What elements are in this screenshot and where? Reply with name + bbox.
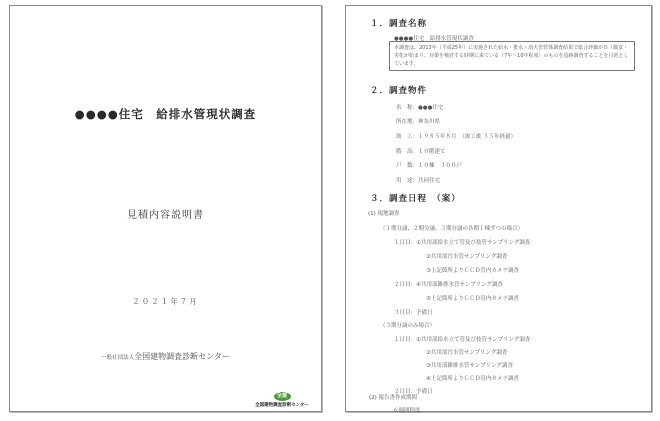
logo-text: 全国建物調査診断センター (242, 402, 322, 408)
schedule-row: ④上記箇所よりＣＣＤ管内カメラ調査 (426, 374, 519, 382)
case1-label: （１期分譲、２期分譲、３期分譲の各期１棟ずつの場合） (380, 224, 523, 232)
property-location: 所在地：神奈川県 (396, 117, 440, 125)
section2-heading: ２．調査物件 (370, 84, 427, 96)
cover-title: ●●●●住宅 給排水管現状調査 (10, 106, 321, 122)
case2-label: （３期分譲のみ場合） (380, 321, 435, 329)
schedule-row: ⑤上記箇所よりＣＣＤ管内カメラ調査 (426, 294, 519, 302)
organization-logo: 全建 全国建物調査診断センター (242, 382, 322, 408)
schedule-row: ②共用部汚水管サンプリング調査 (426, 252, 507, 260)
survey-note-box: 本調査は、2013年（平成25年）に実施された給水・排水・消火管管体調査結果で総… (389, 41, 635, 71)
report-period-value: ６週間程度 (393, 406, 421, 414)
property-use: 用 途：共同住宅 (396, 176, 440, 184)
section1-heading: １．調査名称 (370, 17, 427, 29)
report-period-label-visible: (2) 報告書作成期間 (369, 393, 417, 401)
property-completion: 竣 工：１９８５年８月 （竣工後 ３５年経過） (396, 132, 516, 140)
site-survey-label: (1) 現地調査 (368, 209, 400, 217)
logo-mark-icon: 全建 (274, 392, 291, 401)
schedule-row: １日目：①共用部給水立て管及び枝管サンプリング調査 (394, 335, 530, 343)
property-name: 名 称：●●●住宅 (396, 103, 443, 111)
cover-subtitle: 見積内容説明書 (10, 206, 321, 221)
property-floors: 階 高：１０階建て (396, 147, 446, 155)
schedule-row: ②共用部汚水管サンプリング調査 (426, 348, 507, 356)
schedule-row: ③共用部雑排水管サンプリング調査 (426, 361, 513, 369)
schedule-row: ２日目：④共用部雑排水管サンプリング調査 (394, 280, 503, 288)
schedule-row: ③上記箇所よりＣＣＤ管内カメラ調査 (426, 266, 519, 274)
detail-page: １．調査名称 ●●●●住宅 給排水管現状調査 本調査は、2013年（平成25年）… (345, 5, 652, 412)
section3-heading: ３．調査日程 （案） (370, 192, 461, 204)
org-prefix: 一般社団法人 (101, 355, 134, 361)
cover-page: ●●●●住宅 給排水管現状調査 見積内容説明書 ２０２１年７月 一般社団法人全国… (9, 5, 322, 412)
cover-organization: 一般社団法人全国建物調査診断センター (10, 351, 321, 362)
schedule-row: ３日目：予備日 (394, 308, 433, 316)
schedule-row: １日目：①共用部給水立て管及び枝管サンプリング調査 (394, 238, 530, 246)
cover-date: ２０２１年７月 (10, 296, 321, 307)
org-name: 全国建物調査診断センター (134, 352, 230, 361)
property-units: 戸 数：１０棟 ３００戸 (396, 161, 462, 169)
